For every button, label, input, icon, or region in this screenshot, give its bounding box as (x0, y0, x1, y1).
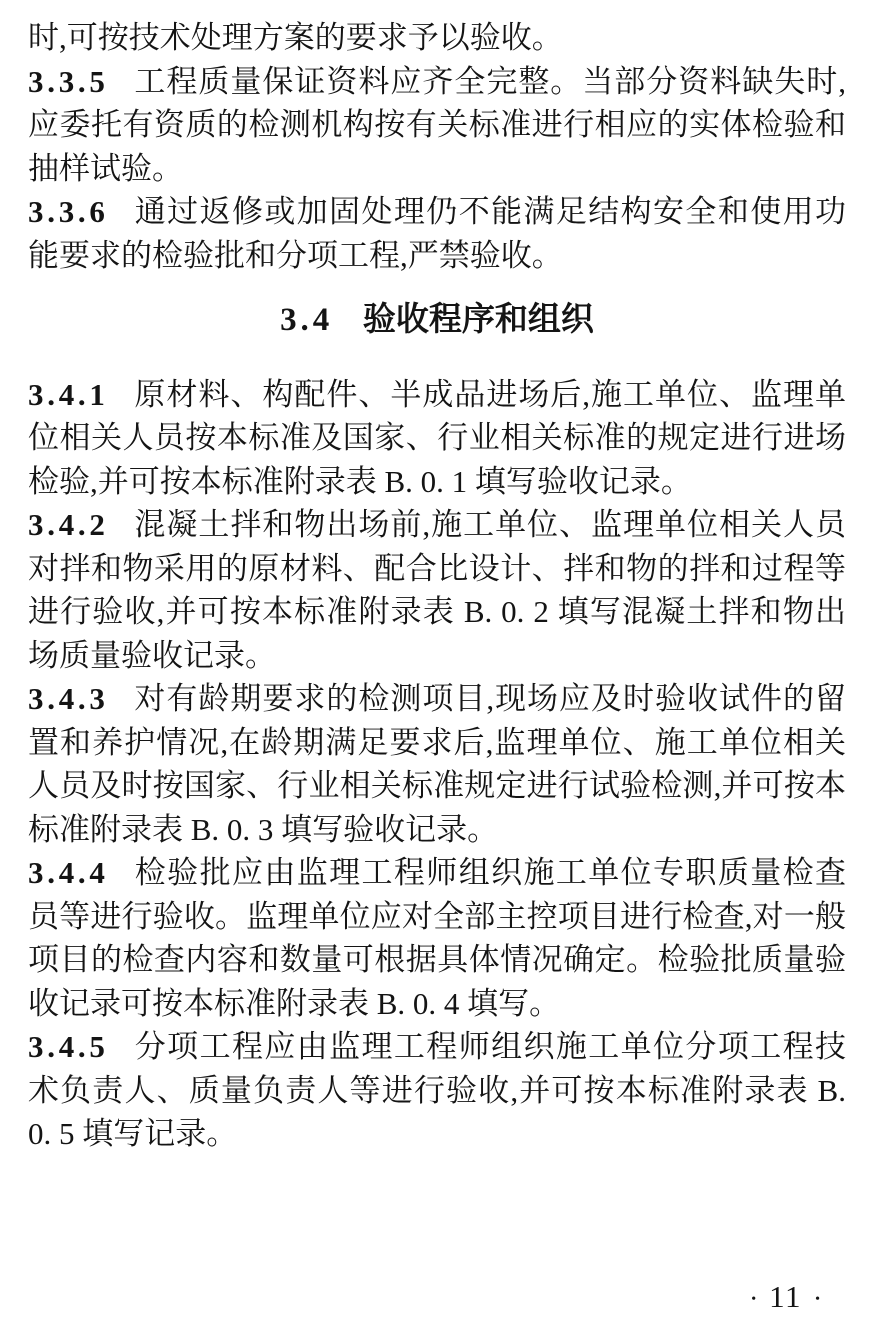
clause-3-3-6: 3.3.6通过返修或加固处理仍不能满足结构安全和使用功能要求的检验批和分项工程,… (28, 190, 846, 277)
clause-number: 3.4.5 (28, 1029, 109, 1064)
page-number-value: 11 (769, 1279, 802, 1314)
section-heading-number: 3.4 (280, 302, 333, 338)
clause-number: 3.4.3 (28, 681, 109, 716)
clause-3-4-4: 3.4.4检验批应由监理工程师组织施工单位专职质量检查员等进行验收。监理单位应对… (28, 851, 846, 1025)
clause-text: 原材料、构配件、半成品进场后,施工单位、监理单位相关人员按本标准及国家、行业相关… (28, 377, 846, 499)
page-number: •11• (751, 1278, 820, 1319)
clause-text: 检验批应由监理工程师组织施工单位专职质量检查员等进行验收。监理单位应对全部主控项… (28, 855, 846, 1021)
clause-number: 3.4.2 (28, 507, 109, 542)
clause-number: 3.4.4 (28, 855, 109, 890)
clause-3-4-2: 3.4.2混凝土拌和物出场前,施工单位、监理单位相关人员对拌和物采用的原材料、配… (28, 503, 846, 677)
clause-text: 对有龄期要求的检测项目,现场应及时验收试件的留置和养护情况,在龄期满足要求后,监… (28, 681, 846, 847)
clause-3-3-5: 3.3.5工程质量保证资料应齐全完整。当部分资料缺失时,应委托有资质的检测机构按… (28, 60, 846, 191)
clause-3-4-1: 3.4.1原材料、构配件、半成品进场后,施工单位、监理单位相关人员按本标准及国家… (28, 373, 846, 504)
clause-text: 混凝土拌和物出场前,施工单位、监理单位相关人员对拌和物采用的原材料、配合比设计、… (28, 507, 846, 673)
clause-text: 分项工程应由监理工程师组织施工单位分项工程技术负责人、质量负责人等进行验收,并可… (28, 1029, 846, 1151)
section-heading-3-4: 3.4验收程序和组织 (28, 299, 846, 343)
page-number-left-dot: • (751, 1292, 756, 1307)
clause-number: 3.3.5 (28, 64, 109, 99)
clause-text: 时,可按技术处理方案的要求予以验收。 (28, 20, 563, 55)
clause-text: 通过返修或加固处理仍不能满足结构安全和使用功能要求的检验批和分项工程,严禁验收。 (28, 194, 846, 273)
document-page: 时,可按技术处理方案的要求予以验收。 3.3.5工程质量保证资料应齐全完整。当部… (0, 0, 874, 1343)
clause-3-4-3: 3.4.3对有龄期要求的检测项目,现场应及时验收试件的留置和养护情况,在龄期满足… (28, 677, 846, 851)
clause-number: 3.4.1 (28, 377, 109, 412)
clause-3-4-5: 3.4.5分项工程应由监理工程师组织施工单位分项工程技术负责人、质量负责人等进行… (28, 1025, 846, 1156)
text-block: 时,可按技术处理方案的要求予以验收。 3.3.5工程质量保证资料应齐全完整。当部… (28, 16, 846, 1156)
section-heading-title: 验收程序和组织 (363, 302, 594, 338)
clause-text: 工程质量保证资料应齐全完整。当部分资料缺失时,应委托有资质的检测机构按有关标准进… (28, 64, 846, 186)
clause-number: 3.3.6 (28, 194, 109, 229)
paragraph-continuation: 时,可按技术处理方案的要求予以验收。 (28, 16, 846, 60)
page-number-right-dot: • (815, 1292, 820, 1307)
